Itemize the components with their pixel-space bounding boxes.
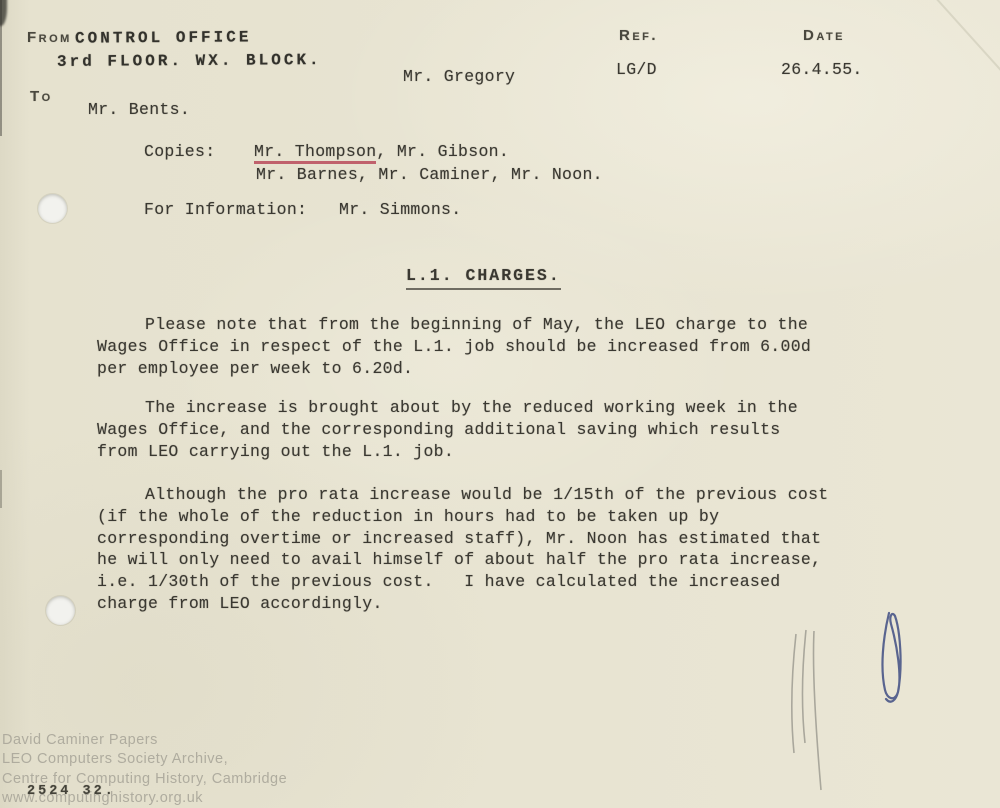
body-line: (if the whole of the reduction in hours … — [97, 506, 829, 528]
copies-label: Copies: — [144, 142, 215, 161]
from-office-line2: 3rd FLOOR. WX. BLOCK. — [57, 51, 322, 71]
paragraph-1: Please note that from the beginning of M… — [97, 314, 811, 379]
body-line: i.e. 1/30th of the previous cost. I have… — [97, 571, 829, 593]
punch-hole-top — [38, 194, 67, 223]
body-line: he will only need to avail himself of ab… — [97, 549, 829, 571]
scan-edge-left-mid — [0, 470, 2, 508]
date-label: Date — [803, 27, 845, 44]
body-line: per employee per week to 6.20d. — [97, 358, 811, 380]
watermark-line: LEO Computers Society Archive, — [2, 750, 287, 769]
ink-initial-icon — [882, 613, 900, 702]
paragraph-3: Although the pro rata increase would be … — [97, 484, 829, 615]
body-line: charge from LEO accordingly. — [97, 593, 829, 615]
punch-hole-bottom — [46, 596, 75, 625]
ref-value: LG/D — [616, 60, 657, 79]
body-line: from LEO carrying out the L.1. job. — [97, 441, 798, 463]
body-line: Although the pro rata increase would be … — [97, 484, 829, 506]
body-line: Please note that from the beginning of M… — [97, 314, 811, 336]
body-line: Wages Office in respect of the L.1. job … — [97, 336, 811, 358]
from-label: From — [27, 29, 72, 46]
to-value: Mr. Bents. — [88, 100, 190, 119]
copies-line2: Mr. Barnes, Mr. Caminer, Mr. Noon. — [256, 165, 603, 184]
watermark-line: David Caminer Papers — [2, 731, 287, 750]
scan-edge-left-top — [0, 0, 2, 136]
copies-line1: Mr. Thompson, Mr. Gibson. — [254, 142, 509, 161]
body-line: The increase is brought about by the red… — [97, 397, 798, 419]
paragraph-2: The increase is brought about by the red… — [97, 397, 798, 462]
for-information-value: Mr. Simmons. — [339, 200, 461, 219]
ref-label: Ref. — [619, 27, 658, 44]
for-information-label: For Information: — [144, 200, 307, 219]
scanned-memo-page: From CONTROL OFFICE 3rd FLOOR. WX. BLOCK… — [0, 0, 1000, 808]
paper-crease — [929, 0, 1000, 110]
to-label: To — [30, 88, 53, 105]
body-line: Wages Office, and the corresponding addi… — [97, 419, 798, 441]
from-office-line1: CONTROL OFFICE — [75, 28, 252, 47]
reference-stamp: 2524 32. — [27, 784, 116, 799]
body-line: corresponding overtime or increased staf… — [97, 528, 829, 550]
copies-line1-rest: , Mr. Gibson. — [376, 142, 509, 161]
pencil-marks-icon — [792, 630, 821, 790]
addressee: Mr. Gregory — [403, 67, 515, 86]
subject-title: L.1. CHARGES. — [406, 266, 561, 290]
date-value: 26.4.55. — [781, 60, 863, 79]
copies-underlined-name: Mr. Thompson — [254, 142, 376, 164]
